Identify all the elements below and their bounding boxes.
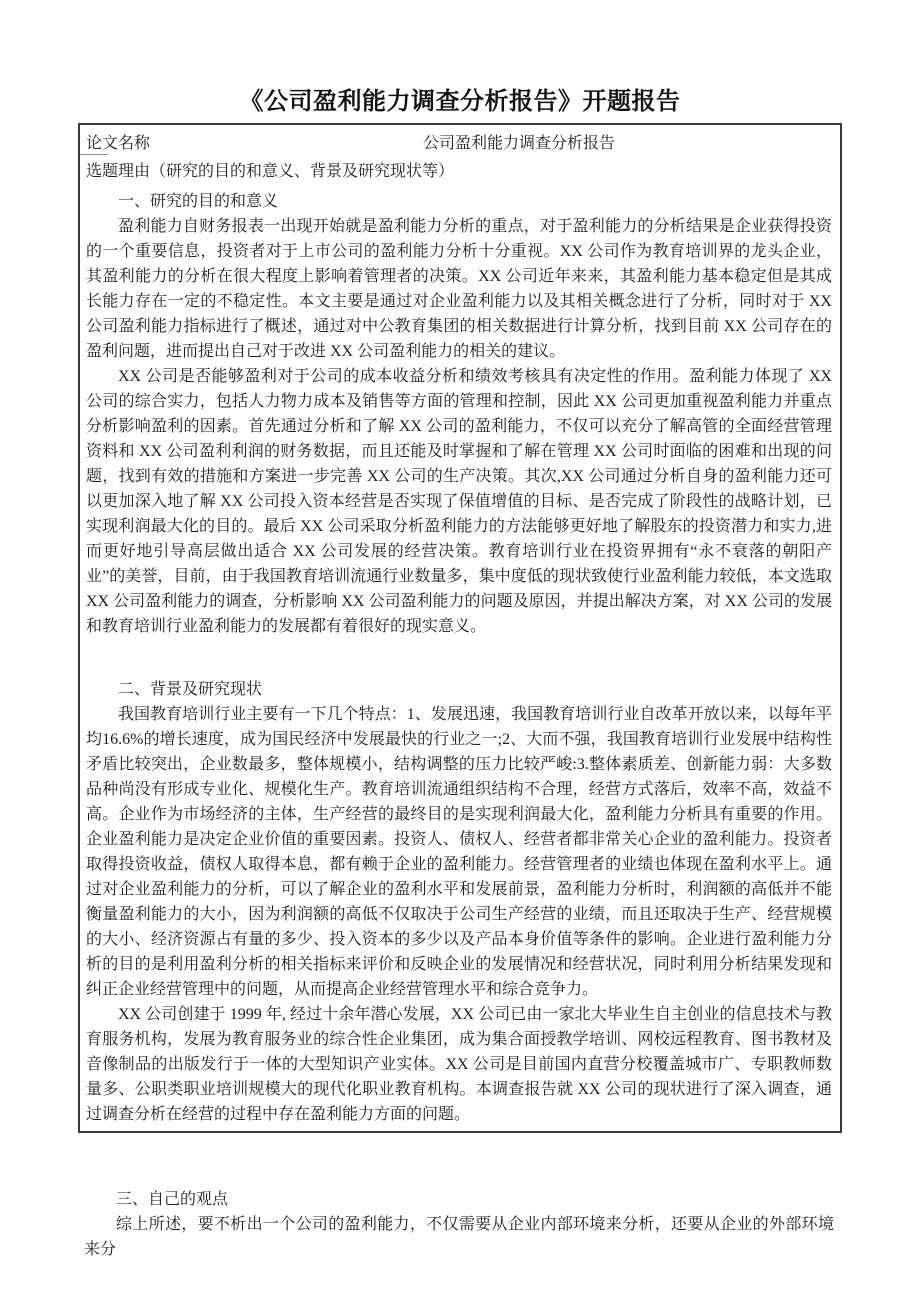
below-table-section: 三、自己的观点 综上所述，要不析出一个公司的盈利能力，不仅需要从企业内部环境来分…	[78, 1187, 842, 1262]
section-2-paragraph: 我国教育培训行业主要有一下几个特点：1、发展迅速，我国教育培训行业自改革开放以来…	[86, 702, 832, 1002]
thesis-name-label: 论文名称	[86, 131, 206, 156]
reason-cell: 选题理由（研究的目的和意义、背景及研究现状等） 一、研究的目的和意义 盈利能力自…	[80, 157, 840, 1131]
section-2-paragraph: XX 公司创建于 1999 年, 经过十余年潜心发展，XX 公司已由一家北大毕业…	[86, 1002, 832, 1127]
section-3-heading: 三、自己的观点	[84, 1187, 834, 1212]
document-page: 《公司盈利能力调查分析报告》开题报告 论文名称 公司盈利能力调查分析报告 选题理…	[0, 0, 920, 1301]
document-title: 《公司盈利能力调查分析报告》开题报告	[0, 86, 920, 118]
section-1-paragraph: XX 公司是否能够盈利对于公司的成本收益分析和绩效考核具有决定性的作用。盈利能力…	[86, 364, 832, 639]
row-divider-stub	[80, 154, 108, 155]
proposal-table: 论文名称 公司盈利能力调查分析报告 选题理由（研究的目的和意义、背景及研究现状等…	[78, 123, 842, 1133]
thesis-name-value: 公司盈利能力调查分析报告	[206, 131, 832, 156]
thesis-name-row: 论文名称 公司盈利能力调查分析报告	[80, 125, 840, 157]
section-1-paragraph: 盈利能力自财务报表一出现开始就是盈利能力分析的重点，对于盈利能力的分析结果是企业…	[86, 214, 832, 364]
section-2-heading: 二、背景及研究现状	[86, 677, 832, 702]
reason-cell-header: 选题理由（研究的目的和意义、背景及研究现状等）	[86, 159, 832, 184]
section-3-paragraph: 综上所述，要不析出一个公司的盈利能力，不仅需要从企业内部环境来分析，还要从企业的…	[84, 1212, 834, 1262]
section-1-heading: 一、研究的目的和意义	[86, 189, 832, 214]
